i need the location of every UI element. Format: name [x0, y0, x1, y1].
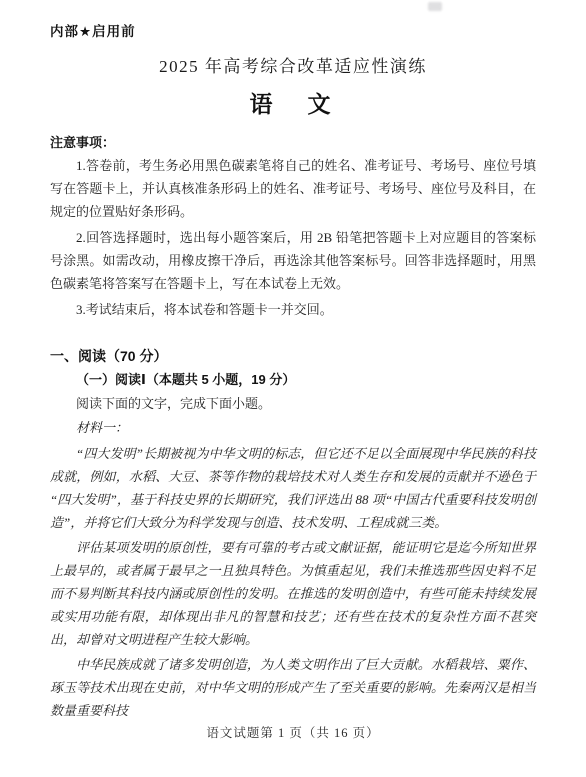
- notice-item-3: 3.考试结束后，将本试卷和答题卡一并交回。: [50, 298, 536, 321]
- page-number-footer: 语文试题第 1 页（共 16 页）: [0, 723, 586, 741]
- reading-instruction: 阅读下面的文字，完成下面小题。: [50, 392, 536, 416]
- exam-title: 2025 年高考综合改革适应性演练: [50, 52, 536, 77]
- material-paragraph-3: 中华民族成就了诸多发明创造，为人类文明作出了巨大贡献。水稻栽培、粟作、琢玉等技术…: [50, 653, 536, 722]
- classification-label: 内部★启用前: [50, 20, 536, 40]
- material-1-label: 材料一：: [50, 416, 536, 440]
- notice-item-2: 2.回答选择题时，选出每小题答案后，用 2B 铅笔把答题卡上对应题目的答案标号涂…: [50, 226, 536, 295]
- scan-artifact: [428, 2, 442, 11]
- exam-paper-page: 内部★启用前 2025 年高考综合改革适应性演练 语 文 注意事项： 1.答卷前…: [0, 0, 586, 777]
- material-paragraph-2: 评估某项发明的原创性，要有可靠的考古或文献证据，能证明它是迄今所知世界上最早的，…: [50, 536, 536, 651]
- section-title-reading: 一、阅读（70 分）: [50, 344, 536, 368]
- subject-title: 语 文: [50, 86, 536, 119]
- notice-heading: 注意事项：: [50, 132, 536, 151]
- notice-item-1: 1.答卷前，考生务必用黑色碳素笔将自己的姓名、准考证号、考场号、座位号填写在答题…: [50, 154, 536, 223]
- subsection-title-reading-1: （一）阅读Ⅰ（本题共 5 小题，19 分）: [50, 368, 536, 392]
- material-paragraph-1: “四大发明”长期被视为中华文明的标志，但它还不足以全面展现中华民族的科技成就，例…: [50, 442, 536, 534]
